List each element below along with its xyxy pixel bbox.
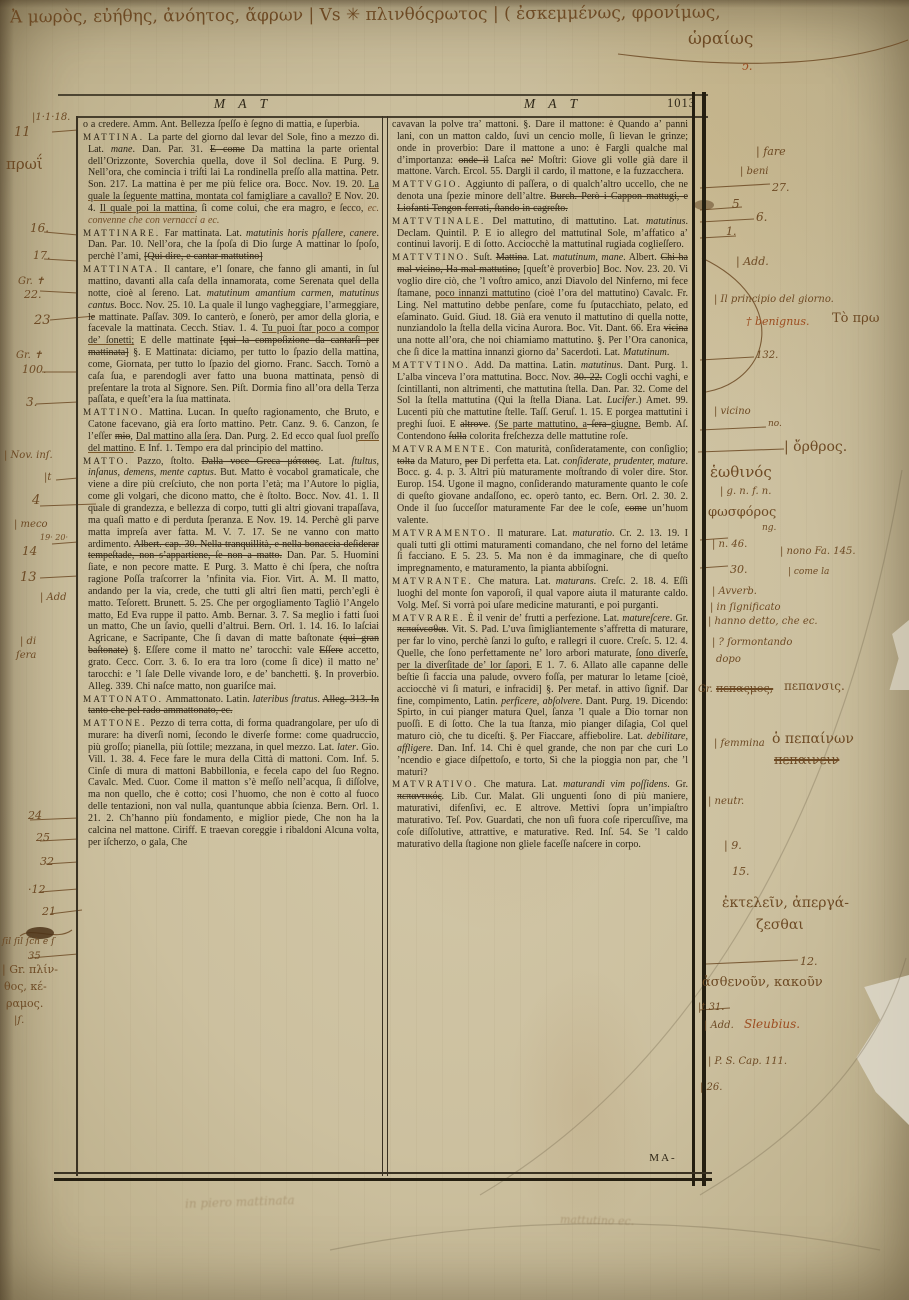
margin-annotation: | di	[20, 636, 36, 647]
margin-annotation: πεπαινειν	[774, 754, 839, 768]
margin-annotation: no.	[768, 420, 782, 430]
margin-annotation: mattutino ec.	[560, 1214, 635, 1228]
margin-annotation: | hanno detto, che ec.	[708, 616, 818, 627]
margin-annotation: ὡραίως	[688, 30, 753, 49]
left-column: o a credere. Amm. Ant. Bellezza ſpeſſo è…	[83, 119, 379, 1167]
margin-annotation: 13	[20, 571, 37, 585]
margin-annotation: 35	[28, 951, 41, 962]
margin-annotation: | g. n. f. n.	[720, 486, 771, 497]
catchword: MA-	[628, 1152, 698, 1164]
center-rule	[382, 116, 383, 1176]
margin-annotation: 19· 20·	[40, 534, 68, 543]
margin-annotation: 27.	[772, 182, 790, 194]
margin-annotation: ἀσθενοῦν, κακοῦν	[702, 976, 823, 990]
margin-annotation: 100.	[22, 364, 47, 376]
running-head-left: M A T	[198, 96, 288, 112]
margin-annotation: | meco	[14, 519, 48, 530]
margin-annotation: | beni	[740, 166, 769, 177]
margin-annotation: dopo	[716, 654, 741, 665]
margin-annotation: 25	[36, 832, 50, 844]
margin-annotation: φωσφόρος	[708, 506, 776, 520]
margin-annotation: 12.	[800, 956, 818, 968]
print-frame: M A T M A T 1013 o a credere. Amm. Ant. …	[76, 92, 708, 1190]
margin-annotation: Gr. ✝	[18, 276, 44, 287]
left-rule	[76, 116, 78, 1176]
margin-annotation: 11	[14, 126, 31, 140]
margin-annotation: | come la	[788, 568, 829, 578]
dictionary-entry: Mattinata. Il cantare, e’l ſonare, che f…	[83, 264, 379, 406]
dictionary-entry: Mattonato. Ammattonato. Latin. lateribus…	[83, 694, 379, 718]
margin-annotation: 24	[28, 810, 42, 822]
margin-annotation: 1.	[726, 226, 737, 238]
margin-annotation: 14	[22, 545, 37, 558]
margin-annotation: πεπανσις.	[784, 680, 845, 693]
margin-annotation: | P. S. Cap. 111.	[708, 1056, 787, 1067]
margin-annotation: πεπαςμος,	[716, 683, 773, 695]
page-edge-left	[0, 0, 14, 1300]
margin-annotation: Sleubius.	[744, 1018, 800, 1031]
margin-annotation: 32	[40, 856, 54, 868]
running-head-right: M A T	[508, 96, 598, 112]
margin-annotation: | Add.	[736, 256, 769, 268]
margin-annotation: 6.	[756, 211, 767, 224]
dictionary-entry: Mattvgio. Aggiunto di paſſera, o di qual…	[392, 179, 688, 215]
margin-annotation: Gr. ✝	[16, 350, 42, 361]
margin-annotation: ·12	[28, 884, 46, 896]
bottom-rule-2	[54, 1178, 712, 1181]
margin-annotation: | 9.	[724, 840, 742, 852]
dictionary-entry: Mattino. Mattina. Lucan. In queſto ragio…	[83, 407, 379, 454]
margin-annotation: in piero mattinata	[185, 1194, 295, 1211]
center-rule-2	[387, 116, 388, 1176]
margin-annotation: | Add	[40, 592, 67, 603]
margin-annotation: 132.	[756, 350, 778, 361]
header-rule	[76, 116, 708, 118]
margin-annotation: ng.	[762, 524, 776, 534]
margin-annotation: | ? ſormontando	[712, 637, 792, 648]
dictionary-entry: Mattvtino. Suſt. Mattina. Lat. matutinum…	[392, 252, 688, 359]
scanned-page: M A T M A T 1013 o a credere. Amm. Ant. …	[0, 0, 909, 1300]
dictionary-entry: Matvramente. Con maturità, conſideratame…	[392, 444, 688, 527]
dictionary-entry: Matvrativo. Che matura. Lat. maturandi v…	[392, 779, 688, 850]
margin-annotation: ↄ.	[742, 60, 753, 73]
margin-annotation: 21	[42, 906, 56, 918]
margin-annotation: ſera	[16, 650, 36, 661]
margin-annotation: 17.	[33, 250, 51, 262]
dictionary-entry: Mattinare. Far mattinata. Lat. matutinis…	[83, 228, 379, 264]
margin-annotation: 30.	[730, 564, 748, 576]
margin-annotation: |t	[44, 472, 51, 483]
margin-annotation: ἐκτελεῖν, ἀπεργά-	[722, 896, 849, 911]
dictionary-entry: Mattina. La parte del giorno dal levar d…	[83, 132, 379, 227]
margin-annotation: | ὄρθρος.	[784, 440, 847, 455]
margin-annotation: | neutr.	[708, 796, 744, 807]
right-rule	[692, 92, 695, 1186]
margin-annotation: 22.	[24, 289, 42, 301]
margin-annotation: 16.	[30, 222, 49, 235]
dictionary-entry: Matto. Pazzo, ſtolto. Dalla voce Greca μ…	[83, 456, 379, 693]
right-rule-2	[702, 92, 706, 1186]
page-number: 1013	[632, 96, 696, 111]
dictionary-entry: Matvrare. È il venir de’ frutti a perfez…	[392, 613, 688, 779]
margin-annotation: 3.	[26, 396, 37, 409]
running-header: M A T M A T 1013	[76, 96, 708, 116]
margin-annotation: | n. 46.	[712, 539, 747, 550]
torn-edge-small	[883, 620, 909, 690]
margin-annotation: | vicino	[714, 406, 751, 417]
margin-annotation: | fare	[756, 146, 786, 158]
margin-annotation: |1·1·18.	[32, 112, 70, 123]
margin-annotation: 15.	[732, 866, 750, 878]
dictionary-entry: cavavan la polve tra’ mattoni. §. Dare i…	[392, 119, 688, 178]
margin-annotation: | Avverb.	[712, 586, 757, 597]
margin-annotation: | Add.	[704, 1020, 734, 1031]
margin-annotation: 5	[732, 198, 740, 211]
margin-annotation: 4	[32, 494, 40, 508]
dictionary-entry: Matvramento. Il maturare. Lat. maturatio…	[392, 528, 688, 575]
dictionary-entry: Mattvtinale. Del mattutino, di mattutino…	[392, 216, 688, 252]
bottom-rule	[54, 1172, 712, 1174]
margin-annotation: | nono Fa. 145.	[780, 546, 856, 557]
dictionary-entry: Mattvtino. Add. Da mattina. Latin. matut…	[392, 360, 688, 443]
margin-annotation: ὁ πεπαίνων	[772, 732, 854, 747]
margin-annotation: 23	[34, 314, 51, 328]
margin-annotation: ζεσθαι	[756, 918, 804, 933]
page-edge-top	[0, 0, 909, 8]
torn-edge	[845, 975, 909, 1125]
margin-annotation: | femmina	[714, 738, 765, 749]
dictionary-entry: Matvrante. Che matura. Lat. maturans. Cr…	[392, 576, 688, 612]
margin-annotation: |ſ.	[14, 1015, 24, 1026]
right-column: cavavan la polve tra’ mattoni. §. Dare i…	[392, 119, 688, 1167]
margin-annotation: ἑωθινός	[710, 464, 772, 481]
margin-annotation: Τὸ πρω	[832, 312, 879, 326]
dictionary-entry: o a credere. Amm. Ant. Bellezza ſpeſſo è…	[83, 119, 379, 131]
margin-annotation: | Il principio del giorno.	[714, 294, 834, 305]
margin-annotation: † benignus.	[746, 316, 810, 328]
margin-annotation: | in ſignificato	[710, 602, 781, 613]
dictionary-entry: Mattone. Pezzo di terra cotta, di forma …	[83, 718, 379, 848]
